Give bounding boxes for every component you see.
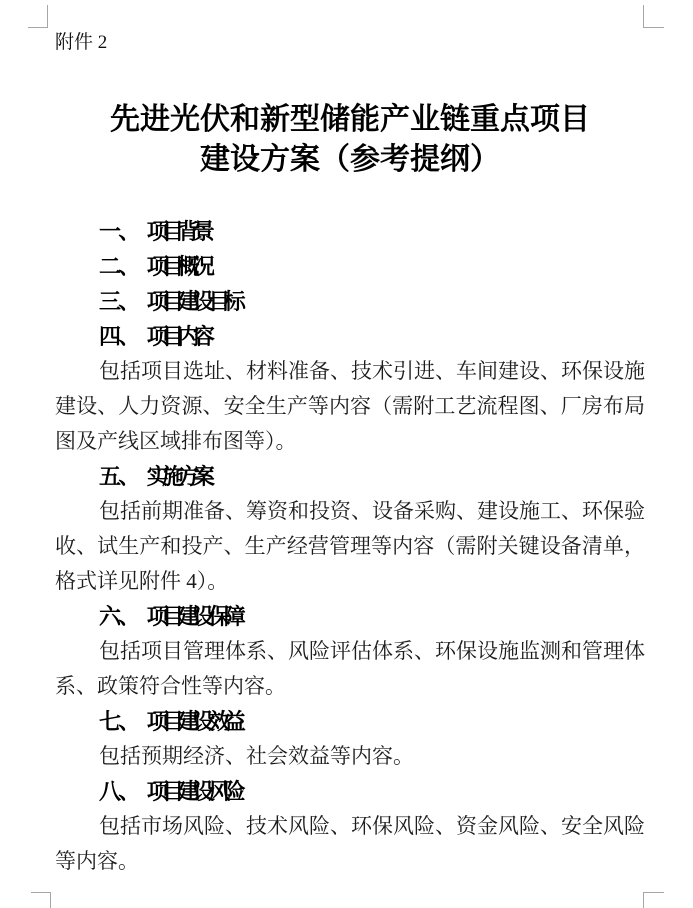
attachment-label: 附件 2 xyxy=(55,30,645,56)
section-2-title: 项目概况 xyxy=(147,254,209,279)
section-5-title: 实施方案 xyxy=(147,464,209,489)
section-4-title: 项目内容 xyxy=(147,324,209,349)
section-3-title: 项目建设目标 xyxy=(147,289,239,314)
section-4-heading: 四、项目内容 xyxy=(55,319,645,354)
section-3-heading: 三、项目建设目标 xyxy=(55,284,645,319)
text-boundary-mark-top-left xyxy=(28,5,48,28)
section-7-title: 项目建设效益 xyxy=(147,709,239,734)
document-content: 附件 2 先进光伏和新型储能产业链重点项目 建设方案（参考提纲） 一、项目背景 … xyxy=(0,30,693,879)
section-7-heading: 七、项目建设效益 xyxy=(55,704,645,739)
document-title: 先进光伏和新型储能产业链重点项目 建设方案（参考提纲） xyxy=(55,100,645,180)
section-4-number: 四、 xyxy=(99,324,138,349)
section-8-heading: 八、项目建设风险 xyxy=(55,774,645,809)
document-title-line1: 先进光伏和新型储能产业链重点项目 xyxy=(55,100,645,140)
section-1-title: 项目背景 xyxy=(147,219,209,244)
section-8-number: 八、 xyxy=(99,779,138,804)
section-8-paragraph: 包括市场风险、技术风险、环保风险、资金风险、安全风险等内容。 xyxy=(55,809,645,879)
section-1-number: 一、 xyxy=(99,219,138,244)
section-7-number: 七、 xyxy=(99,709,138,734)
document-title-line2: 建设方案（参考提纲） xyxy=(55,140,645,180)
section-6-heading: 六、项目建设保障 xyxy=(55,599,645,634)
section-8-title: 项目建设风险 xyxy=(147,779,239,804)
text-boundary-mark-top-right xyxy=(643,5,664,28)
document-body: 一、项目背景 二、项目概况 三、项目建设目标 四、项目内容 包括项目选址、材料准… xyxy=(55,214,645,879)
section-7-paragraph: 包括预期经济、社会效益等内容。 xyxy=(55,739,645,774)
section-5-paragraph: 包括前期准备、筹资和投资、设备采购、建设施工、环保验收、试生产和投产、生产经营管… xyxy=(55,494,645,599)
section-6-number: 六、 xyxy=(99,604,138,629)
section-6-paragraph: 包括项目管理体系、风险评估体系、环保设施监测和管理体系、政策符合性等内容。 xyxy=(55,634,645,704)
section-4-paragraph: 包括项目选址、材料准备、技术引进、车间建设、环保设施建设、人力资源、安全生产等内… xyxy=(55,354,645,459)
document-page: 附件 2 先进光伏和新型储能产业链重点项目 建设方案（参考提纲） 一、项目背景 … xyxy=(0,0,693,908)
section-3-number: 三、 xyxy=(99,289,138,314)
section-5-heading: 五、实施方案 xyxy=(55,459,645,494)
section-5-number: 五、 xyxy=(99,464,138,489)
section-6-title: 项目建设保障 xyxy=(147,604,239,629)
text-boundary-mark-bottom-right xyxy=(643,892,664,908)
section-2-heading: 二、项目概况 xyxy=(55,249,645,284)
section-1-heading: 一、项目背景 xyxy=(55,214,645,249)
text-boundary-mark-bottom-left xyxy=(31,892,51,908)
section-2-number: 二、 xyxy=(99,254,138,279)
